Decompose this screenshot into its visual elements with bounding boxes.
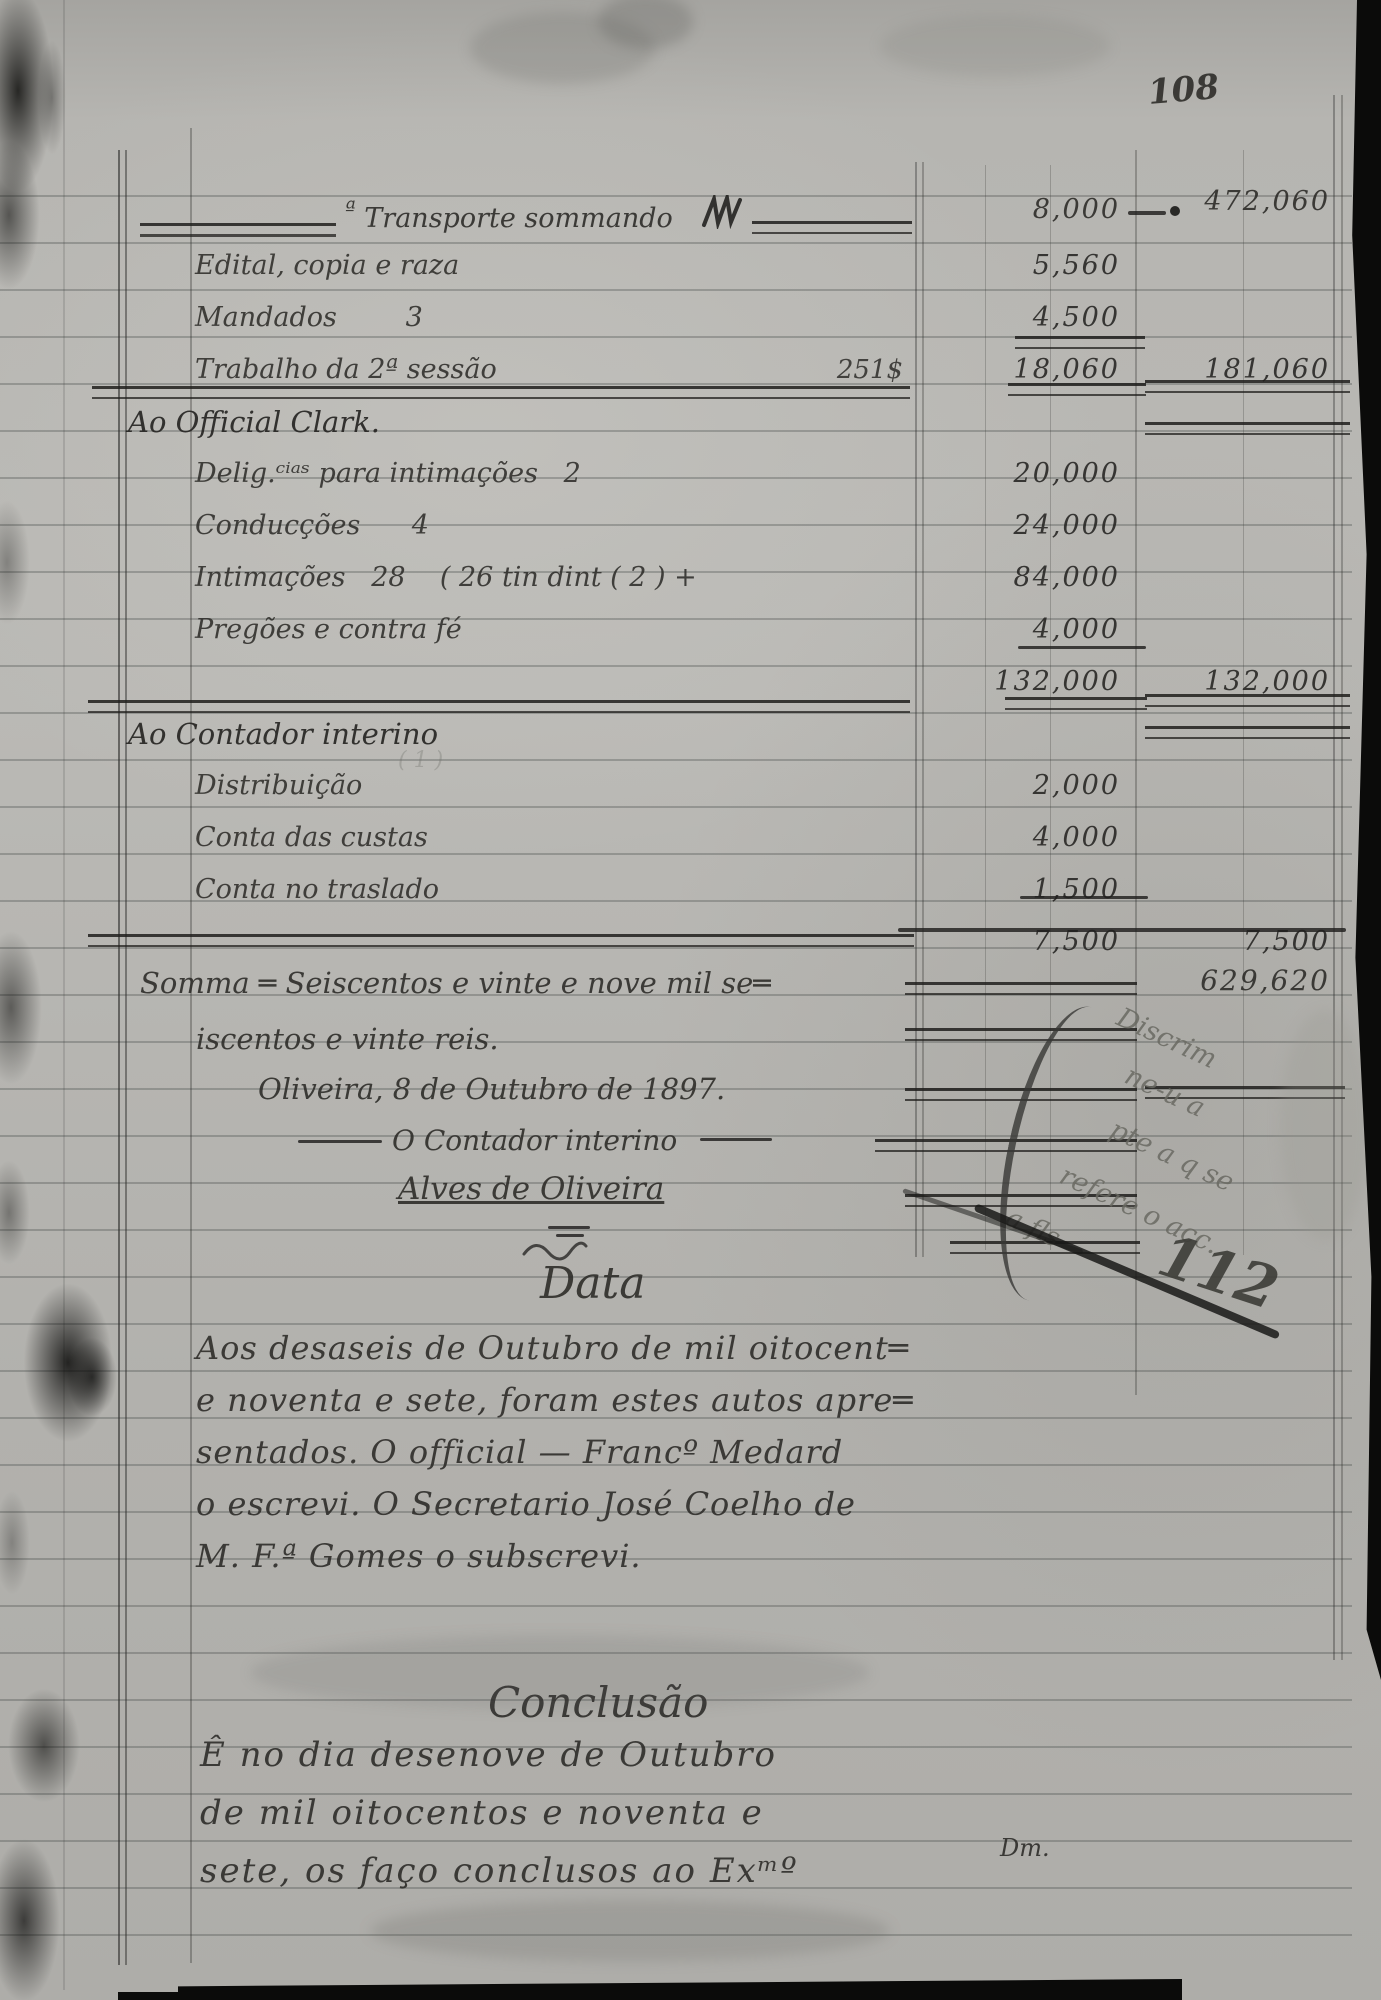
ledger-rows: Edital, copia e raza5,560Mandados 34,500…: [0, 240, 1381, 968]
transport-value: 8,000: [1033, 187, 1120, 233]
row-value: 5,560: [1033, 240, 1120, 292]
rule-under-1500: [1020, 896, 1148, 899]
ink-scribble: [700, 195, 746, 229]
rule-official-header: [1145, 422, 1350, 435]
conclusion-heading: Conclusão: [488, 1678, 708, 1727]
summary-line-2: iscentos e vinte reis.: [196, 1014, 499, 1064]
transport-row: ª Transporte sommando 8,000 472,060: [0, 187, 1381, 241]
torn-edge-blot-1: [0, 0, 54, 193]
row-label: Delig.ᶜⁱᵃˢ para intimações 2: [195, 448, 581, 500]
transport-prefix: ª: [345, 197, 356, 223]
conclusion-paragraph: Ê no dia desenove de Outubrode mil oitoc…: [200, 1726, 1300, 1900]
carry-dash: [1128, 211, 1166, 215]
date-line: Oliveira, 8 de Outubro de 1897.: [258, 1064, 725, 1114]
row-label: Mandados 3: [195, 292, 423, 344]
handwritten-line: M. F.ª Gomes o subscrevi.: [196, 1530, 1366, 1582]
ledger-row: Intimações 28 ( 26 tin dint ( 2 ) +84,00…: [0, 552, 1381, 604]
rule-subtotal1-val: [1005, 697, 1147, 710]
ledger-row: Distribuição2,000: [0, 760, 1381, 812]
stain-top-3: [880, 15, 1110, 77]
rule-trabalho-val: [1008, 383, 1146, 396]
signature-tick-2: [556, 1234, 584, 1237]
stain-top-2: [598, 0, 693, 49]
handwritten-line: sete, os faço conclusos ao Exᵐº: [200, 1842, 1300, 1900]
rule-subtotal2-money: [898, 928, 1346, 932]
torn-edge-blot-8: [8, 1688, 80, 1803]
signer-dash-right: [700, 1138, 772, 1141]
handwritten-line: sentados. O official — Francº Medard: [196, 1426, 1366, 1478]
scanned-ledger-page: 108 ª Transporte sommando 8,000 472,060 …: [0, 0, 1381, 2000]
ledger-row: Conta no traslado1,500: [0, 864, 1381, 916]
ledger-row: Edital, copia e raza5,560: [0, 240, 1381, 292]
rule-contador-header: [1145, 726, 1350, 739]
faint-mark: ( 1 ): [398, 748, 443, 773]
row-value: 20,000: [1014, 448, 1120, 500]
row-label: Conta no traslado: [195, 864, 439, 916]
torn-edge-blot-3: [38, 40, 66, 155]
row-label: Intimações 28 ( 26 tin dint ( 2 ) +: [195, 552, 697, 604]
row-value: 2,000: [1033, 760, 1120, 812]
ledger-row: Mandados 34,500: [0, 292, 1381, 344]
row-label: Pregões e contra fé: [195, 604, 462, 656]
scan-edge-bottom-2: [118, 1992, 180, 2000]
row-value: 7,500: [1033, 916, 1120, 968]
stain-bottom: [370, 1900, 890, 1962]
row-label: Distribuição: [195, 760, 362, 812]
ledger-row: Delig.ᶜⁱᵃˢ para intimações 220,000: [0, 448, 1381, 500]
rule-box-1: [905, 982, 1137, 995]
rule-trabalho-tot: [1145, 380, 1350, 393]
summary-total: 629,620: [1200, 956, 1330, 1006]
rule-subtotal1-tot: [1145, 694, 1350, 707]
ledger-row: Conta das custas4,000: [0, 812, 1381, 864]
page-number: 108: [1146, 67, 1220, 113]
rule-subtotal2-desc: [88, 934, 914, 947]
signer-title: O Contador interino: [392, 1116, 677, 1166]
row-label: Ao Official Clark.: [128, 396, 380, 448]
summary-line-1: Somma ═ Seiscentos e vinte e nove mil se…: [140, 958, 771, 1008]
row-value: 84,000: [1014, 552, 1120, 604]
row-label: Ao Contador interino: [128, 708, 438, 760]
handwritten-line: Ê no dia desenove de Outubro: [200, 1726, 1300, 1784]
row-value: 1,500: [1033, 864, 1120, 916]
handwritten-line: Aos desaseis de Outubro de mil oitocent═: [196, 1322, 1366, 1374]
data-paragraph: Aos desaseis de Outubro de mil oitocent═…: [196, 1322, 1366, 1582]
handwritten-line: e noventa e sete, foram estes autos apre…: [196, 1374, 1366, 1426]
stain-top-1: [470, 12, 655, 84]
eraser-smudge: [1280, 1010, 1370, 1240]
torn-edge-blot-7: [0, 1490, 30, 1595]
ink-blot-large-2: [66, 1336, 118, 1418]
signature: Alves de Oliveira: [398, 1164, 664, 1214]
transport-total: 472,060: [1204, 179, 1330, 225]
ink-blot-large: [22, 1280, 114, 1445]
ledger-row: Conducções 424,000: [0, 500, 1381, 552]
signer-dash-left: [298, 1140, 382, 1143]
torn-edge-blot-6: [0, 1160, 30, 1265]
row-label: Conducções 4: [195, 500, 429, 552]
row-value: 24,000: [1014, 500, 1120, 552]
handwritten-line: de mil oitocentos e noventa e: [200, 1784, 1300, 1842]
data-heading: Data: [540, 1258, 645, 1309]
scan-edge-bottom: [178, 1979, 1182, 2000]
row-label: Conta das custas: [195, 812, 428, 864]
transport-label: ª Transporte sommando: [345, 187, 673, 242]
rule-under-4000: [1018, 646, 1146, 649]
rule-trabalho-desc: [92, 386, 910, 399]
handwritten-line: o escrevi. O Secretario José Coelho de: [196, 1478, 1366, 1530]
transport-rule-right: [752, 221, 912, 234]
rule-under-4500: [1015, 336, 1145, 349]
rule-subtotal1-desc: [88, 700, 910, 713]
signature-tick-1: [548, 1226, 590, 1229]
row-value: 4,000: [1033, 812, 1120, 864]
ledger-row: Pregões e contra fé4,000: [0, 604, 1381, 656]
carry-dot: [1170, 206, 1180, 216]
row-label: Edital, copia e raza: [195, 240, 459, 292]
transport-rule-left: [140, 223, 336, 237]
torn-edge-blot-9: [0, 1838, 60, 2000]
